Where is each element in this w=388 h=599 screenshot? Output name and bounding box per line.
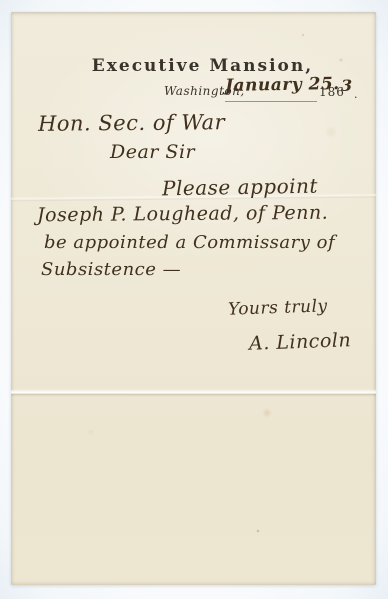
handwritten-year-digit: 3	[341, 76, 353, 95]
date-blank-rule	[225, 101, 317, 102]
year-period: .	[354, 88, 358, 101]
letterhead-title: Executive Mansion,	[20, 56, 385, 76]
signature-line: A. Lincoln	[249, 329, 352, 355]
fold-crease-main	[11, 389, 376, 397]
body-line-2: Joseph P. Loughead, of Penn.	[37, 202, 328, 227]
recipient-line: Hon. Sec. of War	[38, 110, 225, 136]
body-line-4: Subsistence —	[41, 259, 181, 280]
photo-background: Executive Mansion, Washington, January 2…	[0, 0, 388, 599]
body-line-3: be appointed a Commissary of	[44, 232, 335, 253]
letter-paper: Executive Mansion, Washington, January 2…	[11, 12, 376, 585]
body-line-1: Please appoint	[162, 174, 318, 201]
salutation-line: Dear Sir	[110, 141, 195, 163]
closing-line: Yours truly	[228, 296, 328, 319]
